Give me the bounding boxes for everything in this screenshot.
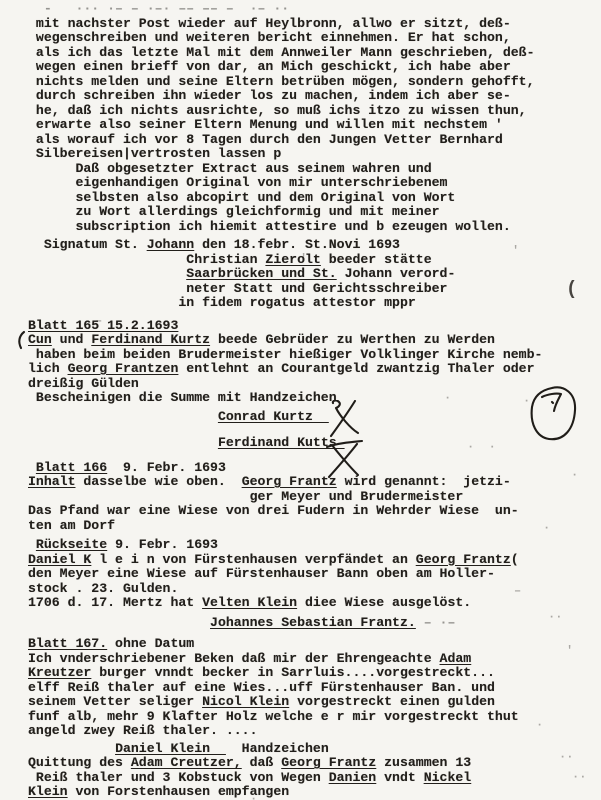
underlined-name-text: Daniel K <box>28 552 91 567</box>
text-segment <box>28 435 218 450</box>
typescript-line: haben beim beiden Brudermeister hießiger… <box>28 348 601 363</box>
text-segment: als worauf ich vor 8 Tagen durch den Jun… <box>28 132 503 147</box>
text-segment: stock . 23. Gulden. <box>28 581 178 596</box>
scan-speck: – <box>95 314 102 328</box>
text-segment: eigenhandigen Original von mir unterschr… <box>28 175 447 190</box>
typescript-line: selbsten also abcopirt und dem Original … <box>28 191 601 206</box>
underlined-name-text: Velten Klein <box>202 595 297 610</box>
text-segment: Handzeichen <box>226 741 329 756</box>
underlined-name-text: Nickel <box>424 770 471 785</box>
scan-speck: · <box>571 468 578 482</box>
text-segment: vorgestreckt einen gulden <box>289 694 495 709</box>
scan-speck: ·· <box>572 770 586 784</box>
text-segment: den Meyer eine Wiese auf Fürstenhauser B… <box>28 566 495 581</box>
scan-speck: · · <box>467 440 496 454</box>
typescript-line: zu Wort allerdings gleichformig und mit … <box>28 205 601 220</box>
text-segment: beede Gebrüder zu Werthen zu Werden <box>210 332 495 347</box>
text-segment: diee Wiese ausgelöst. <box>297 595 471 610</box>
text-segment: und <box>52 332 92 347</box>
text-segment: mit nachster Post wieder auf Heylbronn, … <box>28 16 511 31</box>
text-segment: Silbereisen|vertrosten lassen p <box>28 146 281 161</box>
text-segment: dreißig Gülden <box>28 376 139 391</box>
typescript-text-block: - ··· ·– – ·–· –– –– – ·– ·· mit nachste… <box>28 2 601 800</box>
scan-speck: ' <box>566 644 573 658</box>
typescript-line: Reiß thaler und 3 Kobstuck von Wegen Dan… <box>28 771 601 786</box>
typescript-line: elff Reiß thaler auf eine Wies...uff Für… <box>28 681 601 696</box>
text-segment: - ··· ·– – ·–· –– –– – ·– ·· <box>28 1 289 16</box>
text-segment: neter Statt und Gerichtsschreiber <box>28 281 447 296</box>
typescript-line: Cun und Ferdinand Kurtz beede Gebrüder z… <box>28 333 601 348</box>
underlined-name-text: Nicol Klein <box>202 694 289 709</box>
typescript-line: in fidem rogatus attestor mppr <box>28 296 601 311</box>
underlined-name-text: Georg Frantz <box>416 552 511 567</box>
text-segment: wegenschreiben und weiteren bericht einn… <box>28 30 511 45</box>
underlined-name-text: Georg Frantz <box>242 474 337 489</box>
typescript-line: Conrad Kurtz <box>28 410 601 425</box>
typescript-line: Johannes Sebastian Frantz. – ·– <box>28 616 601 631</box>
scan-speck: · <box>536 718 543 732</box>
text-segment <box>28 741 115 756</box>
text-segment: Daß obgesetzter Extract aus seinem wahre… <box>28 161 432 176</box>
typescript-line: mit nachster Post wieder auf Heylbronn, … <box>28 17 601 32</box>
typescript-line: ger Meyer und Brudermeister <box>28 490 601 505</box>
typescript-line: dreißig Gülden <box>28 377 601 392</box>
typescript-line: 1706 d. 17. Mertz hat Velten Klein diee … <box>28 596 601 611</box>
text-segment <box>28 409 218 424</box>
typescript-line: Klein von Forstenhausen empfangen <box>28 785 601 800</box>
text-segment: entlehnt an Courantgeld zwantzig Thaler … <box>178 361 534 376</box>
typescript-line: seinem Vetter seliger Nicol Klein vorges… <box>28 695 601 710</box>
text-segment <box>28 615 210 630</box>
text-segment: erwarte also seiner Eltern Menung und wi… <box>28 117 503 132</box>
typescript-line: - ··· ·– – ·–· –– –– – ·– ·· <box>28 2 601 17</box>
scan-speck: ·· <box>559 750 573 764</box>
typescript-line: Daniel Klein Handzeichen <box>28 742 601 757</box>
typescript-line: funf alb, mehr 9 Klafter Holz welche e r… <box>28 710 601 725</box>
text-segment: beeder stätte <box>321 252 432 267</box>
text-segment: als ich das letzte Mal mit dem Annweiler… <box>28 45 534 60</box>
typescript-line: Blatt 166 9. Febr. 1693 <box>28 461 601 476</box>
text-segment: daß <box>242 755 282 770</box>
scan-speck: – <box>514 584 521 598</box>
underlined-name-text: Ferdinand Kurtz <box>91 332 210 347</box>
underlined-name-text: Danien <box>329 770 376 785</box>
typescript-line: Daß obgesetzter Extract aus seinem wahre… <box>28 162 601 177</box>
underlined-name-text: Kreutzer <box>28 665 91 680</box>
typescript-line: lich Georg Frantzen entlehnt an Courantg… <box>28 362 601 377</box>
text-segment: Bescheinigen die Summe mit Handzeichen <box>28 390 337 405</box>
text-segment: l e i n von Fürstenhausen verpfändet an <box>91 552 415 567</box>
typescript-line: he, daß ich nichts ausrichte, so muß ich… <box>28 104 601 119</box>
typescript-line: Inhalt dasselbe wie oben. Georg Frantz w… <box>28 475 601 490</box>
underlined-name-text: Rückseite <box>36 537 107 552</box>
text-segment: selbsten also abcopirt und dem Original … <box>28 190 455 205</box>
text-segment: 9. Febr. 1693 <box>107 460 226 475</box>
text-segment: in fidem rogatus attestor mppr <box>28 295 416 310</box>
text-segment: vndt <box>376 770 423 785</box>
text-segment <box>28 537 36 552</box>
scan-speck: ' <box>300 252 307 266</box>
typescript-line: Ferdinand Kutts <box>28 436 601 451</box>
typescript-line: wegen einen brieff von dar, an Mich gesc… <box>28 60 601 75</box>
text-segment: haben beim beiden Brudermeister hießiger… <box>28 347 542 362</box>
text-segment: Reiß thaler und 3 Kobstuck von Wegen <box>28 770 329 785</box>
text-segment <box>28 460 36 475</box>
text-segment: subscription ich hiemit attestire und b … <box>28 219 511 234</box>
typescript-line: Quittung des Adam Creutzer, daß Georg Fr… <box>28 756 601 771</box>
handzeichen-x-mark-ferdinand-icon <box>324 438 368 480</box>
typescript-line: Ich vnderschriebener Beken daß mir der E… <box>28 652 601 667</box>
underlined-name-text: Georg Frantz <box>281 755 376 770</box>
typescript-line: den Meyer eine Wiese auf Fürstenhauser B… <box>28 567 601 582</box>
underlined-name-text: Blatt 165 15.2.1693 <box>28 318 178 333</box>
underlined-name-text: Zierolt <box>265 252 320 267</box>
scan-speck: · <box>250 792 257 800</box>
underlined-name-text: Conrad Kurtz <box>218 409 329 424</box>
text-segment: zusammen 13 <box>376 755 471 770</box>
typescript-line: erwarte also seiner Eltern Menung und wi… <box>28 118 601 133</box>
underlined-name-text: Johannes Sebastian Frantz. <box>210 615 416 630</box>
typescript-line: durch schreiben ihn wieder los zu machen… <box>28 89 601 104</box>
typescript-line: ten am Dorf <box>28 519 601 534</box>
underlined-name-text: Inhalt <box>28 474 75 489</box>
typescript-line: Kreutzer burger vnndt becker in Sarrluis… <box>28 666 601 681</box>
typescript-line: angeld zwey Reiß thaler. .... <box>28 724 601 739</box>
scan-speck: ·· <box>548 610 562 624</box>
underlined-name-text: Adam <box>440 651 472 666</box>
text-segment: 9. Febr. 1693 <box>107 537 218 552</box>
text-segment: Signatum St. <box>28 237 147 252</box>
underlined-name-text: Klein <box>28 784 68 799</box>
underlined-name-text: Johann <box>147 237 194 252</box>
text-segment: lich <box>28 361 68 376</box>
typescript-line: Saarbrücken und St. Johann verord- <box>28 267 601 282</box>
text-segment: Ich vnderschriebener Beken daß mir der E… <box>28 651 440 666</box>
typescript-line: Bescheinigen die Summe mit Handzeichen <box>28 391 601 406</box>
scan-speck: · <box>543 521 550 535</box>
underlined-name-text: Georg Frantzen <box>68 361 179 376</box>
typescript-line: Daniel K l e i n von Fürstenhausen verpf… <box>28 553 601 568</box>
text-segment: ger Meyer und Brudermeister <box>28 489 463 504</box>
scan-speck: · <box>444 391 451 405</box>
typescript-line: eigenhandigen Original von mir unterschr… <box>28 176 601 191</box>
underlined-name-text: Cun <box>28 332 52 347</box>
stray-paren-mark: ( <box>566 278 577 300</box>
scan-speck: ' <box>512 244 519 258</box>
text-segment: elff Reiß thaler auf eine Wies...uff Für… <box>28 680 495 695</box>
handzeichen-x-mark-conrad-icon <box>326 400 366 442</box>
circled-annotation-icon <box>528 385 582 447</box>
typescript-line: als worauf ich vor 8 Tagen durch den Jun… <box>28 133 601 148</box>
text-segment: ( <box>511 552 519 567</box>
marginal-stroke-icon <box>15 330 27 350</box>
typescript-line: Blatt 165 15.2.1693 <box>28 319 601 334</box>
underlined-name-text: Daniel Klein <box>115 741 226 756</box>
underlined-name-text: Adam Creutzer, <box>131 755 242 770</box>
text-segment: zu Wort allerdings gleichformig und mit … <box>28 204 440 219</box>
typescript-line: wegenschreiben und weiteren bericht einn… <box>28 31 601 46</box>
typescript-line: neter Statt und Gerichtsschreiber <box>28 282 601 297</box>
text-segment: burger vnndt becker in Sarrluis....vorge… <box>91 665 495 680</box>
typescript-line: subscription ich hiemit attestire und b … <box>28 220 601 235</box>
text-segment: Christian <box>28 252 265 267</box>
typescript-line: Rückseite 9. Febr. 1693 <box>28 538 601 553</box>
text-segment: angeld zwey Reiß thaler. .... <box>28 723 258 738</box>
typescript-line: Blatt 167. ohne Datum <box>28 637 601 652</box>
text-segment: seinem Vetter seliger <box>28 694 202 709</box>
typescript-line: als ich das letzte Mal mit dem Annweiler… <box>28 46 601 61</box>
underlined-name-text: Blatt 166 <box>36 460 107 475</box>
text-segment: durch schreiben ihn wieder los zu machen… <box>28 88 511 103</box>
typescript-line: Das Pfand war eine Wiese von drei Fudern… <box>28 504 601 519</box>
typescript-line: nichts melden und seine Eltern betrüben … <box>28 75 601 90</box>
text-segment: funf alb, mehr 9 Klafter Holz welche e r… <box>28 709 519 724</box>
text-segment: ten am Dorf <box>28 518 115 533</box>
text-segment: 1706 d. 17. Mertz hat <box>28 595 202 610</box>
typescript-line: Silbereisen|vertrosten lassen p <box>28 147 601 162</box>
scan-speck: · <box>139 205 146 219</box>
underlined-name-text: Blatt 167. <box>28 636 107 651</box>
scan-speck: · <box>415 268 422 282</box>
text-segment: dasselbe wie oben. <box>75 474 241 489</box>
text-segment: wegen einen brieff von dar, an Mich gesc… <box>28 59 511 74</box>
text-segment: ohne Datum <box>107 636 194 651</box>
text-segment: Quittung des <box>28 755 131 770</box>
underlined-name-text: Saarbrücken und St. <box>186 266 336 281</box>
text-segment: he, daß ich nichts ausrichte, so muß ich… <box>28 103 527 118</box>
text-segment: den 18.febr. St.Novi 1693 <box>194 237 400 252</box>
text-segment <box>28 266 186 281</box>
text-segment: Johann verord- <box>337 266 456 281</box>
text-segment: – ·– <box>416 615 456 630</box>
scanned-document-page: - ··· ·– – ·–· –– –– – ·– ·· mit nachste… <box>0 0 601 800</box>
scan-speck: · <box>523 394 530 408</box>
text-segment: nichts melden und seine Eltern betrüben … <box>28 74 534 89</box>
text-segment: Das Pfand war eine Wiese von drei Fudern… <box>28 503 519 518</box>
